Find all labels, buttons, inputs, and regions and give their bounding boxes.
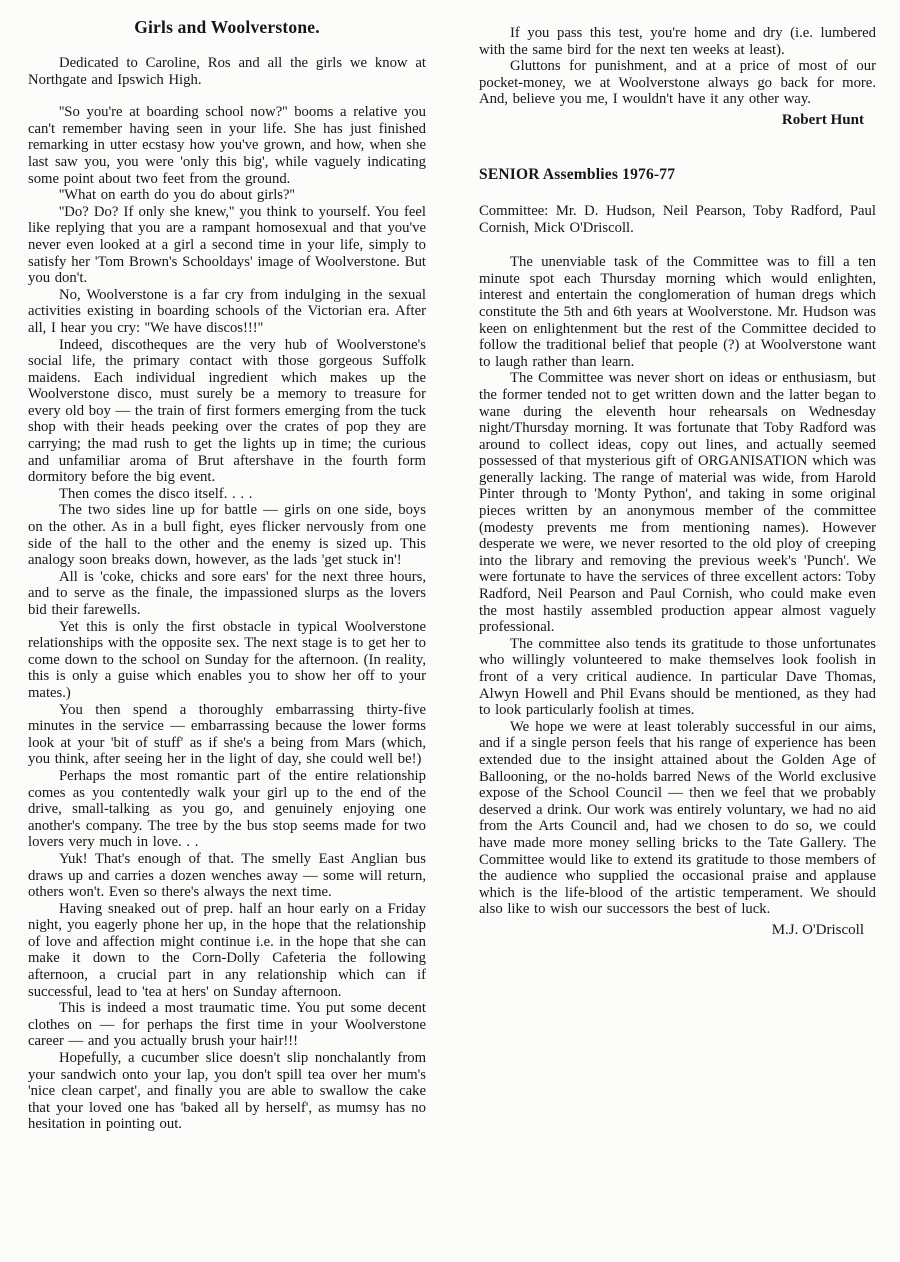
- body-paragraphs: The unenviable task of the Committee was…: [479, 254, 876, 918]
- paragraph: All is 'coke, chicks and sore ears' for …: [28, 569, 426, 619]
- paragraph: ''Do? Do? If only she knew,'' you think …: [28, 204, 426, 287]
- paragraph: ''So you're at boarding school now?'' bo…: [28, 104, 426, 187]
- paragraph: Having sneaked out of prep. half an hour…: [28, 901, 426, 1001]
- byline-odriscoll: M.J. O'Driscoll: [479, 922, 864, 939]
- document-page: Girls and Woolverstone. Dedicated to Car…: [0, 0, 900, 1262]
- paragraph: You then spend a thoroughly embarrassing…: [28, 702, 426, 768]
- paragraph: Indeed, discotheques are the very hub of…: [28, 337, 426, 486]
- paragraph: Perhaps the most romantic part of the en…: [28, 768, 426, 851]
- right-column: If you pass this test, you're home and d…: [479, 0, 876, 939]
- intro-paragraphs: If you pass this test, you're home and d…: [479, 25, 876, 108]
- paragraph: Yet this is only the first obstacle in t…: [28, 619, 426, 702]
- paragraph: This is indeed a most traumatic time. Yo…: [28, 1000, 426, 1050]
- paragraph: If you pass this test, you're home and d…: [479, 25, 876, 58]
- paragraph: We hope we were at least tolerably succe…: [479, 719, 876, 918]
- paragraph: Gluttons for punishment, and at a price …: [479, 58, 876, 108]
- paragraph: Hopefully, a cucumber slice doesn't slip…: [28, 1050, 426, 1133]
- section-heading: SENIOR Assemblies 1976-77: [479, 166, 876, 184]
- dedication-paragraph: Dedicated to Caroline, Ros and all the g…: [28, 55, 426, 88]
- committee-line: Committee: Mr. D. Hudson, Neil Pearson, …: [479, 203, 876, 236]
- paragraph: Yuk! That's enough of that. The smelly E…: [28, 851, 426, 901]
- paragraph: Then comes the disco itself. . . .: [28, 486, 426, 503]
- paragraph: The Committee was never short on ideas o…: [479, 370, 876, 636]
- left-column: Girls and Woolverstone. Dedicated to Car…: [28, 0, 426, 1133]
- article-title: Girls and Woolverstone.: [28, 17, 426, 38]
- paragraph: No, Woolverstone is a far cry from indul…: [28, 287, 426, 337]
- byline-robert-hunt: Robert Hunt: [479, 112, 864, 129]
- paragraph: The two sides line up for battle — girls…: [28, 502, 426, 568]
- paragraph: The committee also tends its gratitude t…: [479, 636, 876, 719]
- paragraph: The unenviable task of the Committee was…: [479, 254, 876, 370]
- paragraph: ''What on earth do you do about girls?'': [28, 187, 426, 204]
- left-column-paragraphs: ''So you're at boarding school now?'' bo…: [28, 104, 426, 1133]
